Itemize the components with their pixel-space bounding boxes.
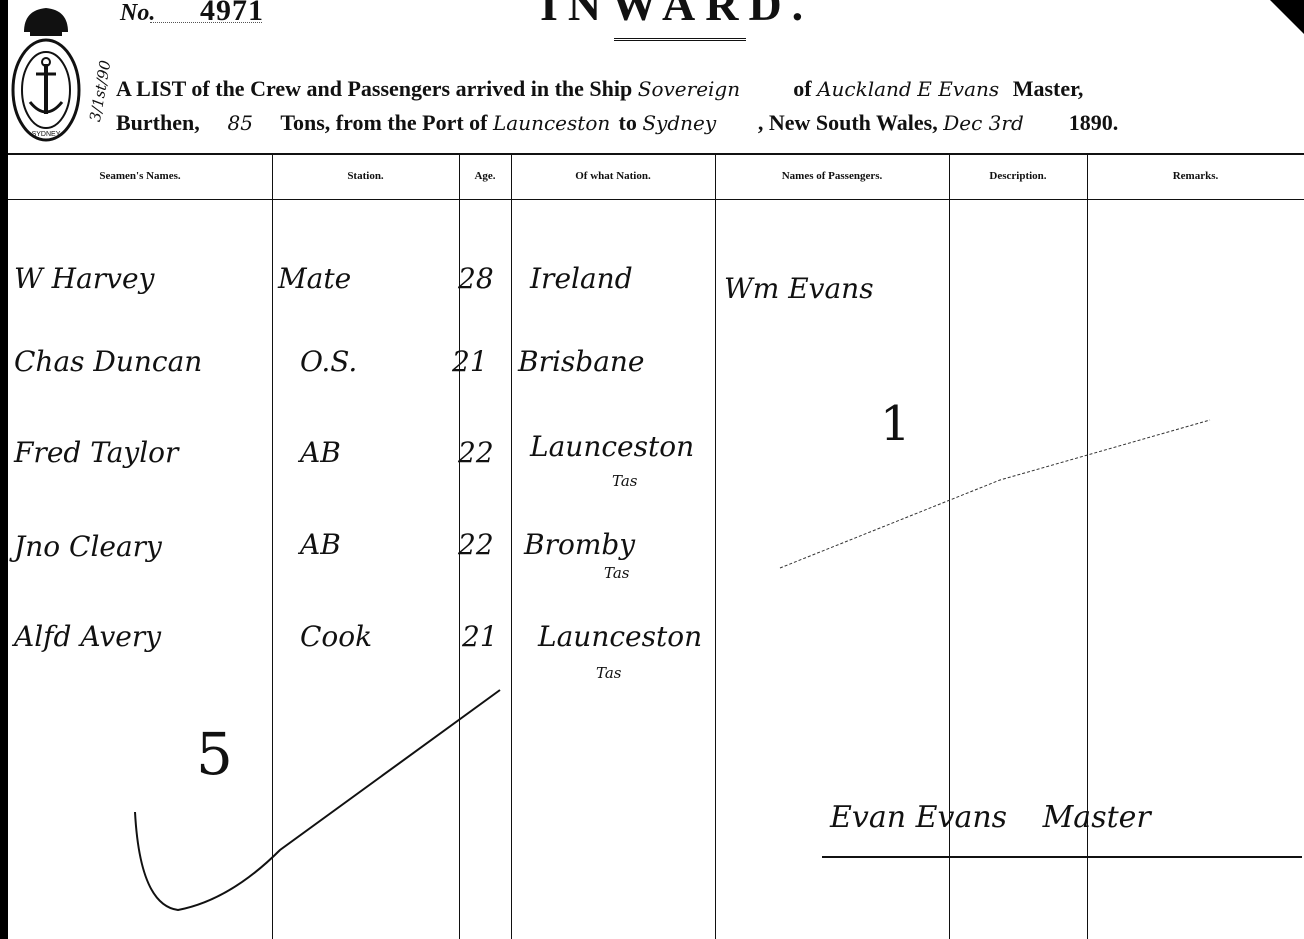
signature-title: Master (1043, 800, 1151, 835)
signature-line (822, 856, 1302, 858)
signature-name: Evan Evans (830, 800, 1007, 835)
cancellation-strokes (0, 0, 1304, 939)
master-signature: Evan Evans Master (830, 800, 1151, 835)
